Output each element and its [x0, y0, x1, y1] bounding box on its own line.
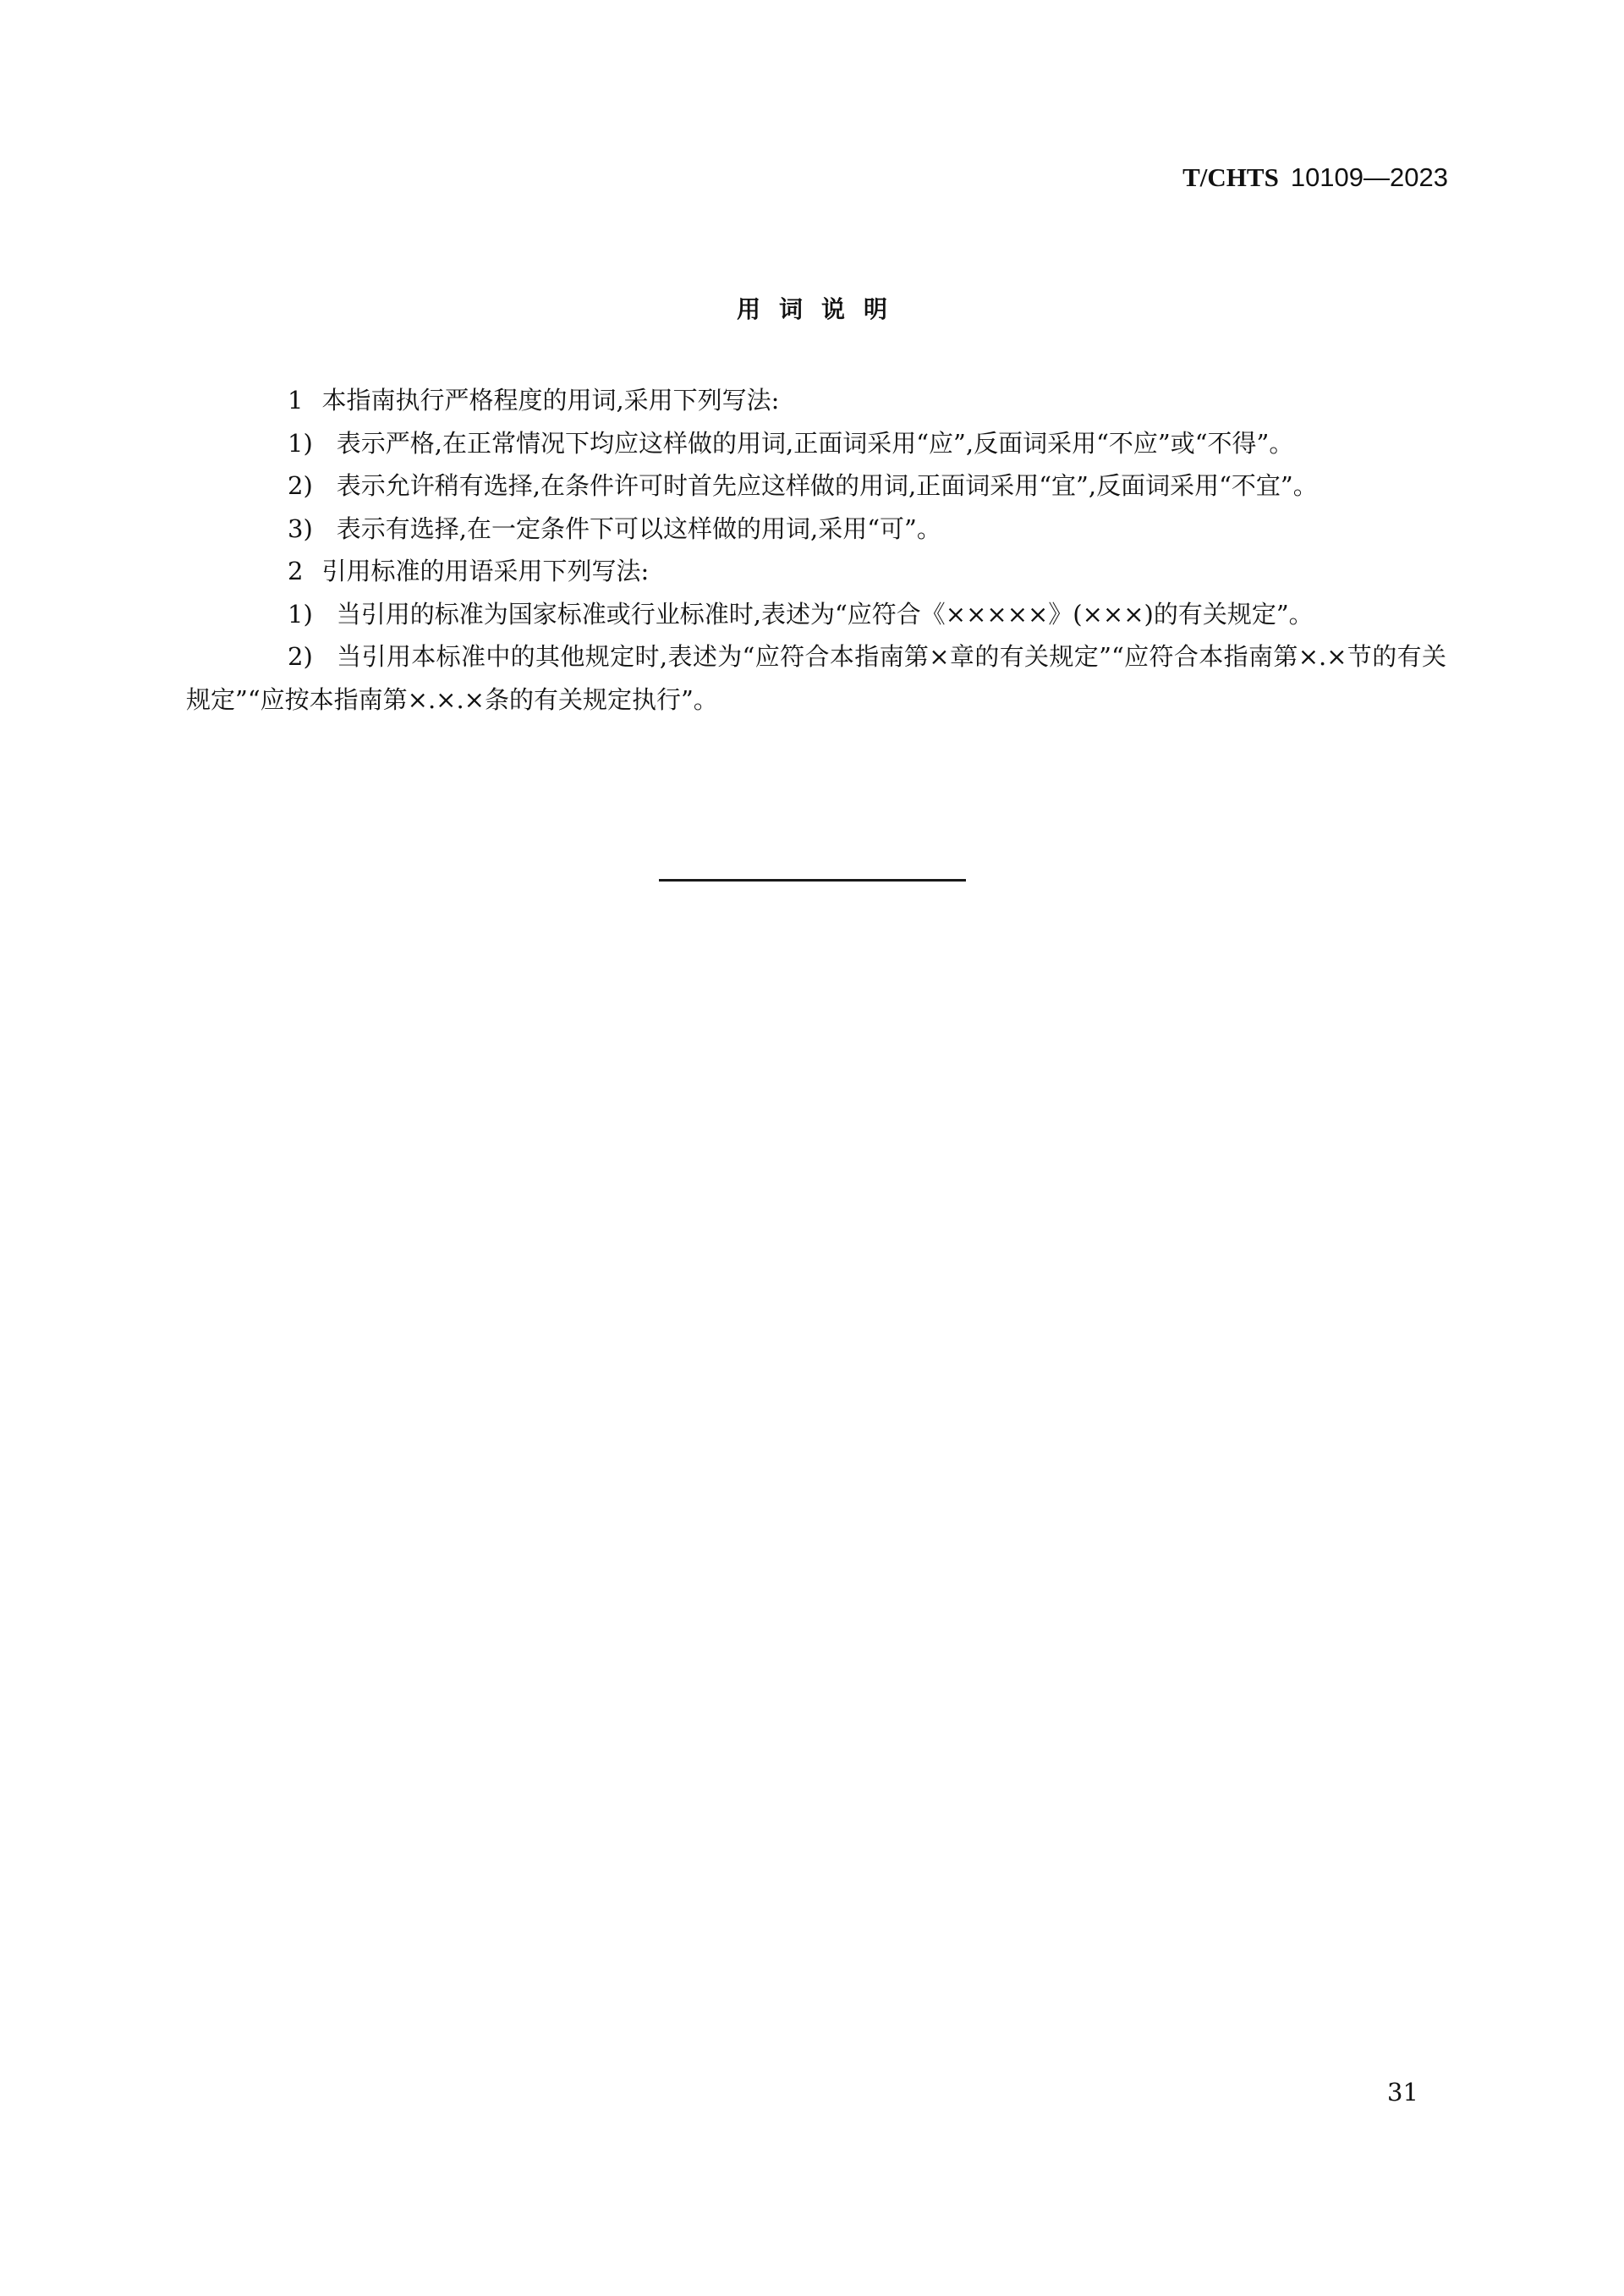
- item-text: 表示允许稍有选择,在条件许可时首先应这样做的用词,正面词采用“宜”,反面词采用“…: [337, 471, 1318, 500]
- standard-code: T/CHTS10109—2023: [1182, 161, 1448, 195]
- standard-number: 10109—2023: [1291, 162, 1448, 192]
- item-text: 表示有选择,在一定条件下可以这样做的用词,采用“可”。: [337, 514, 941, 543]
- clause-text: 引用标准的用语采用下列写法:: [321, 557, 649, 585]
- end-of-section-rule: [659, 879, 966, 882]
- section-title: 用词说明: [0, 293, 1624, 327]
- item-number: 1): [237, 593, 313, 636]
- item-text: 当引用本标准中的其他规定时,表述为“应符合本指南第×章的有关规定”“应符合本指南…: [186, 642, 1446, 714]
- body-text: 1本指南执行严格程度的用词,采用下列写法: 1)表示严格,在正常情况下均应这样做…: [186, 379, 1446, 721]
- clause-number: 1: [237, 379, 303, 422]
- clause-2-item-1: 1)当引用的标准为国家标准或行业标准时,表述为“应符合《×××××》(×××)的…: [186, 593, 1446, 636]
- item-number: 2): [237, 635, 313, 678]
- item-text: 表示严格,在正常情况下均应这样做的用词,正面词采用“应”,反面词采用“不应”或“…: [337, 429, 1294, 458]
- clause-1: 1本指南执行严格程度的用词,采用下列写法:: [186, 379, 1446, 422]
- clause-text: 本指南执行严格程度的用词,采用下列写法:: [321, 386, 779, 415]
- item-text: 当引用的标准为国家标准或行业标准时,表述为“应符合《×××××》(×××)的有关…: [337, 600, 1314, 629]
- clause-1-item-2: 2)表示允许稍有选择,在条件许可时首先应这样做的用词,正面词采用“宜”,反面词采…: [186, 464, 1446, 508]
- clause-2-item-2: 2)当引用本标准中的其他规定时,表述为“应符合本指南第×章的有关规定”“应符合本…: [186, 635, 1446, 721]
- page-number: 31: [1387, 2077, 1418, 2107]
- clause-number: 2: [237, 550, 303, 593]
- item-number: 2): [237, 464, 313, 508]
- clause-1-item-1: 1)表示严格,在正常情况下均应这样做的用词,正面词采用“应”,反面词采用“不应”…: [186, 422, 1446, 465]
- item-number: 1): [237, 422, 313, 465]
- item-number: 3): [237, 508, 313, 551]
- clause-1-item-3: 3)表示有选择,在一定条件下可以这样做的用词,采用“可”。: [186, 508, 1446, 551]
- clause-2: 2引用标准的用语采用下列写法:: [186, 550, 1446, 593]
- standard-prefix: T/CHTS: [1182, 162, 1279, 192]
